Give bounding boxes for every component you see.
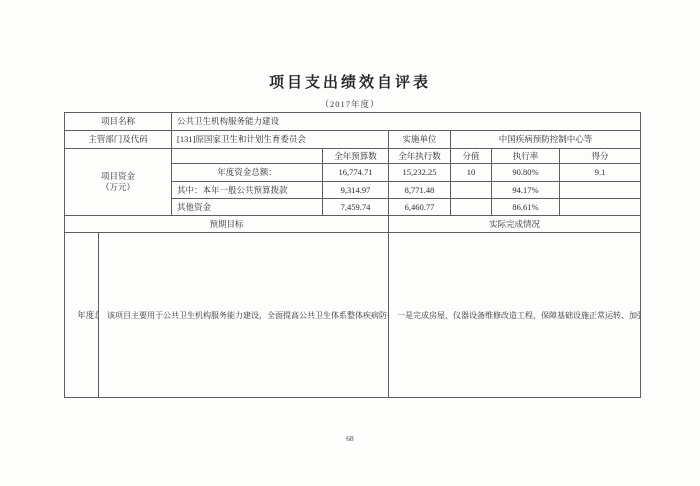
empty-cell xyxy=(172,149,323,164)
page-subtitle: （2017年度） xyxy=(0,98,700,110)
actual-completion-header: 实际完成情况 xyxy=(389,216,641,233)
expected-goals-header: 预期目标 xyxy=(65,216,389,233)
scanned-document-page: 项目支出绩效自评表 （2017年度） 项目名称 公共卫生机构服务能力建设 主管部… xyxy=(0,0,700,486)
column-header-score-value: 分值 xyxy=(451,149,492,164)
table-row: 主管部门及代码 [131]原国家卫生和计划生育委员会 实施单位 中国疾病预防控制… xyxy=(65,131,641,149)
project-funds-label: 项目资金 （万元） xyxy=(65,149,172,216)
score-cell: 9.1 xyxy=(560,164,641,182)
page-title: 项目支出绩效自评表 xyxy=(0,71,700,92)
implementing-unit-label: 实施单位 xyxy=(389,131,451,149)
executed-cell: 8,771.48 xyxy=(389,182,451,199)
project-funds-label-line1: 项目资金 xyxy=(67,171,169,182)
actual-completion-cell: 一是完成房屋、仪器设备维修改造工程，保障基础设施正常运转、加强实验室建设，更好的… xyxy=(389,233,641,398)
table-row: 项目名称 公共卫生机构服务能力建设 xyxy=(65,113,641,131)
table-row: 年度总体目标 该项目主要用于公共卫生机构服务能力建设，全面提高公共卫生体系整体疾… xyxy=(65,233,641,398)
executed-cell: 6,460.77 xyxy=(389,199,451,216)
page-number: 68 xyxy=(0,434,700,443)
table-row: 项目资金 （万元） 全年预算数 全年执行数 分值 执行率 得分 xyxy=(65,149,641,164)
rate-cell: 86.61% xyxy=(492,199,560,216)
project-name-value: 公共卫生机构服务能力建设 xyxy=(172,113,641,131)
score-value-cell xyxy=(451,199,492,216)
rate-cell: 94.17% xyxy=(492,182,560,199)
budget-cell: 16,774.71 xyxy=(323,164,389,182)
self-evaluation-table: 项目名称 公共卫生机构服务能力建设 主管部门及代码 [131]原国家卫生和计划生… xyxy=(64,112,641,398)
annual-goal-side-cell: 年度总体目标 xyxy=(65,233,99,398)
budget-cell: 9,314.97 xyxy=(323,182,389,199)
implementing-unit-value: 中国疾病预防控制中心等 xyxy=(451,131,641,149)
budget-cell: 7,459.74 xyxy=(323,199,389,216)
table-row: 预期目标 实际完成情况 xyxy=(65,216,641,233)
project-funds-label-line2: （万元） xyxy=(67,182,169,193)
executed-cell: 15,232.25 xyxy=(389,164,451,182)
column-header-rate: 执行率 xyxy=(492,149,560,164)
column-header-executed: 全年执行数 xyxy=(389,149,451,164)
funding-row-name: 年度资金总额： xyxy=(172,164,323,182)
column-header-score: 得分 xyxy=(560,149,641,164)
column-header-budget: 全年预算数 xyxy=(323,149,389,164)
rate-cell: 90.80% xyxy=(492,164,560,182)
expected-goals-cell: 该项目主要用于公共卫生机构服务能力建设，全面提高公共卫生体系整体疾病防控能力。年… xyxy=(99,233,389,398)
funding-row-name: 其他资金 xyxy=(172,199,323,216)
funding-row-name: 其中：本年一般公共预算拨款 xyxy=(172,182,323,199)
score-cell xyxy=(560,182,641,199)
score-value-cell: 10 xyxy=(451,164,492,182)
project-name-label: 项目名称 xyxy=(65,113,172,131)
score-value-cell xyxy=(451,182,492,199)
expected-goals-text: 该项目主要用于公共卫生机构服务能力建设，全面提高公共卫生体系整体疾病防控能力。年… xyxy=(101,307,386,324)
score-cell xyxy=(560,199,641,216)
actual-completion-text: 一是完成房屋、仪器设备维修改造工程，保障基础设施正常运转、加强实验室建设，更好的… xyxy=(391,307,638,324)
annual-goal-side-label: 年度总体目标 xyxy=(77,307,86,324)
department-label: 主管部门及代码 xyxy=(65,131,172,149)
department-value: [131]原国家卫生和计划生育委员会 xyxy=(172,131,389,149)
